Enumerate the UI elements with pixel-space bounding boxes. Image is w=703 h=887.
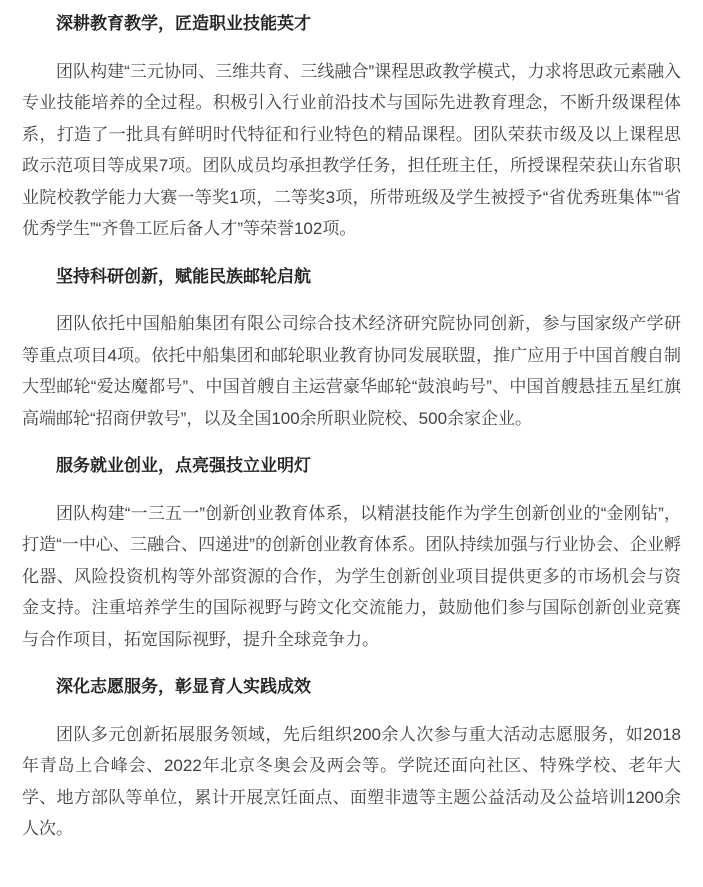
section-paragraph-volunteer: 团队多元创新拓展服务领域，先后组织200余人次参与重大活动志愿服务，如2018年… [22,719,681,845]
section-heading-research: 坚持科研创新，赋能民族邮轮启航 [22,261,681,293]
article-section-employment: 服务就业创业，点亮强技立业明灯 团队构建“一三五一”创新创业教育体系，以精湛技能… [22,450,681,655]
section-heading-teaching: 深耕教育教学，匠造职业技能英才 [22,8,681,40]
section-paragraph-research: 团队依托中国船舶集团有限公司综合技术经济研究院协同创新，参与国家级产学研等重点项… [22,308,681,434]
section-paragraph-employment: 团队构建“一三五一”创新创业教育体系，以精湛技能作为学生创新创业的“金刚钻”，打… [22,498,681,656]
article-section-volunteer: 深化志愿服务，彰显育人实践成效 团队多元创新拓展服务领域，先后组织200余人次参… [22,671,681,845]
section-heading-employment: 服务就业创业，点亮强技立业明灯 [22,450,681,482]
section-paragraph-teaching: 团队构建“三元协同、三维共育、三线融合”课程思政教学模式，力求将思政元素融入专业… [22,56,681,245]
article-section-research: 坚持科研创新，赋能民族邮轮启航 团队依托中国船舶集团有限公司综合技术经济研究院协… [22,261,681,435]
article-content: 深耕教育教学，匠造职业技能英才 团队构建“三元协同、三维共育、三线融合”课程思政… [0,0,703,887]
section-heading-volunteer: 深化志愿服务，彰显育人实践成效 [22,671,681,703]
article-section-teaching: 深耕教育教学，匠造职业技能英才 团队构建“三元协同、三维共育、三线融合”课程思政… [22,8,681,245]
